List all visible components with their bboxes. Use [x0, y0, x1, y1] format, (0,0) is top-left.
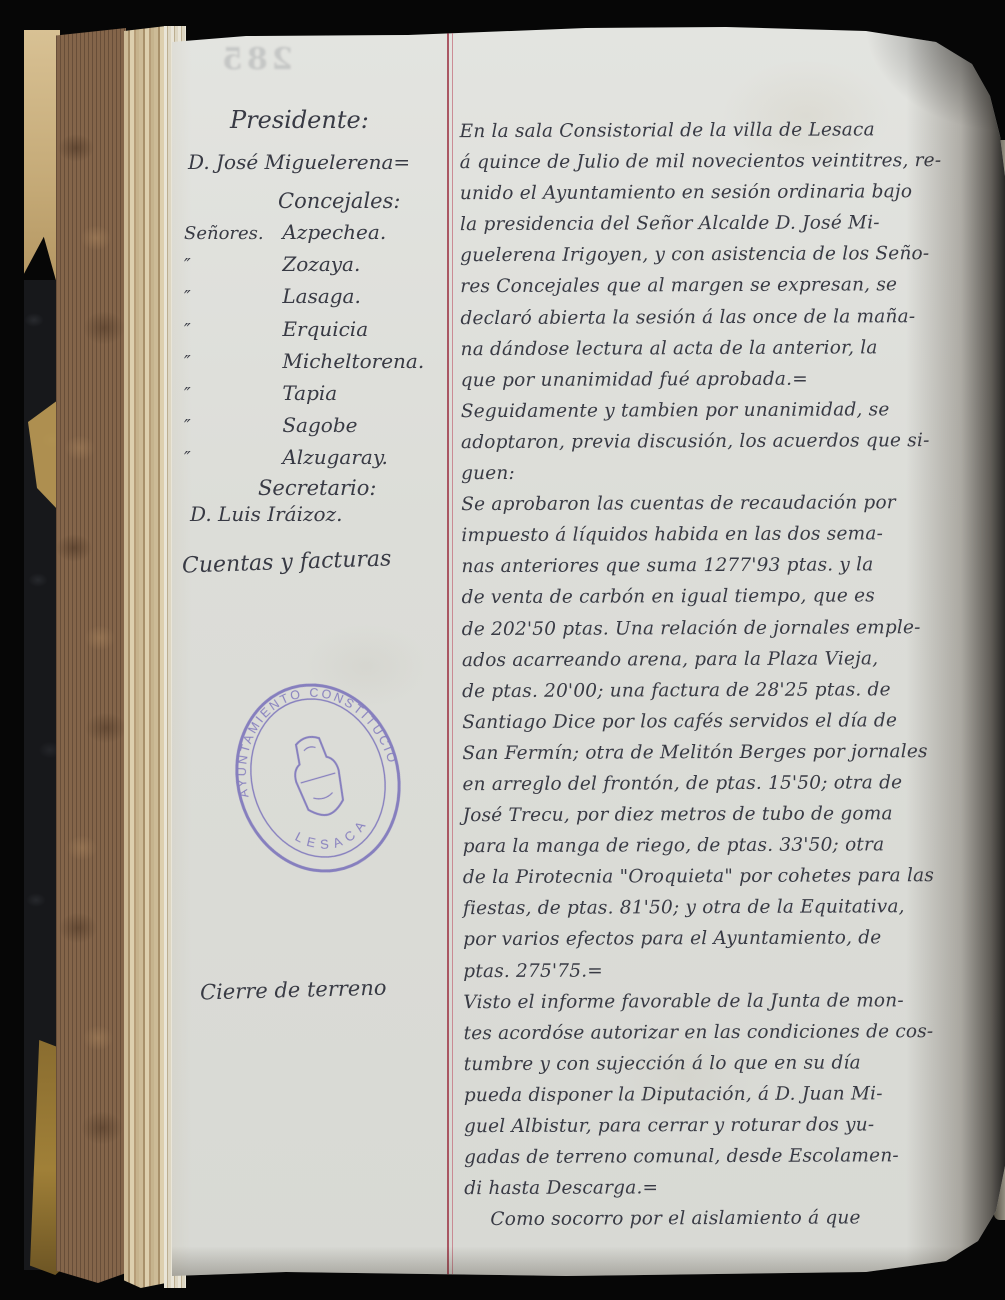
councilor-prefix: ″ [184, 384, 276, 405]
councilor-row: ″ Micheltorena. [184, 349, 434, 381]
book-photo: 285 Presidente: D. José Miguelerena= Con… [0, 0, 1005, 1300]
councilor-row: Señores. Azpechea. [184, 220, 434, 252]
stamp-bottom-text: LESACA [290, 809, 377, 861]
president-label: Presidente: [230, 106, 369, 134]
councilor-name: Alzugaray. [282, 445, 387, 469]
councilor-row: ″ Erquicia [184, 317, 434, 349]
councilor-row: ″ Sagobe [184, 413, 434, 445]
councilor-list: Señores. Azpechea. ″ Zozaya. ″ Lasaga. ″… [184, 220, 434, 478]
councilor-row: ″ Tapia [184, 381, 434, 413]
councilor-row: ″ Alzugaray. [184, 445, 434, 477]
councilor-name: Erquicia [282, 317, 368, 341]
page-bottom-shadow [166, 1246, 1005, 1280]
councilor-prefix: ″ [184, 255, 276, 276]
councilors-label: Concejales: [278, 189, 400, 213]
councilor-name: Sagobe [282, 413, 357, 437]
gutter-shadow-top [786, 26, 1005, 186]
councilor-name: Tapia [282, 381, 337, 405]
councilor-prefix: ″ [184, 320, 276, 341]
councilor-prefix: ″ [184, 448, 276, 469]
municipal-stamp: AYUNTAMIENTO CONSTITUCIONAL DE LESACA [204, 657, 432, 899]
margin-heading-land-closure: Cierre de terreno [200, 976, 387, 1005]
stamp-crest-figure [285, 732, 349, 821]
manuscript-page: 285 Presidente: D. José Miguelerena= Con… [166, 26, 1005, 1280]
councilor-name: Zozaya. [282, 252, 360, 276]
red-margin-rule-inner [452, 26, 453, 1280]
page-number-bleed: 285 [218, 42, 293, 77]
councilor-row: ″ Zozaya. [184, 252, 434, 284]
councilor-prefix: ″ [184, 352, 276, 373]
red-margin-rule [447, 26, 449, 1280]
page-edges-stack [124, 26, 166, 1288]
margin-heading-accounts: Cuentas y facturas [182, 546, 392, 578]
secretary-label: Secretario: [258, 476, 376, 500]
councilor-prefix: ″ [184, 416, 276, 437]
councilor-name: Azpechea. [282, 220, 386, 244]
president-name: D. José Miguelerena= [188, 150, 410, 174]
councilor-row: ″ Lasaga. [184, 284, 434, 316]
councilor-name: Micheltorena. [282, 349, 424, 373]
fore-edge-stack [56, 28, 126, 1283]
book-edge-tan-sliver [24, 30, 60, 295]
councilor-prefix: Señores. [184, 223, 276, 244]
gutter-shadow [906, 26, 1005, 1280]
secretary-name: D. Luis Iráizoz. [190, 502, 342, 526]
councilor-name: Lasaga. [282, 284, 360, 308]
councilor-prefix: ″ [184, 287, 276, 308]
